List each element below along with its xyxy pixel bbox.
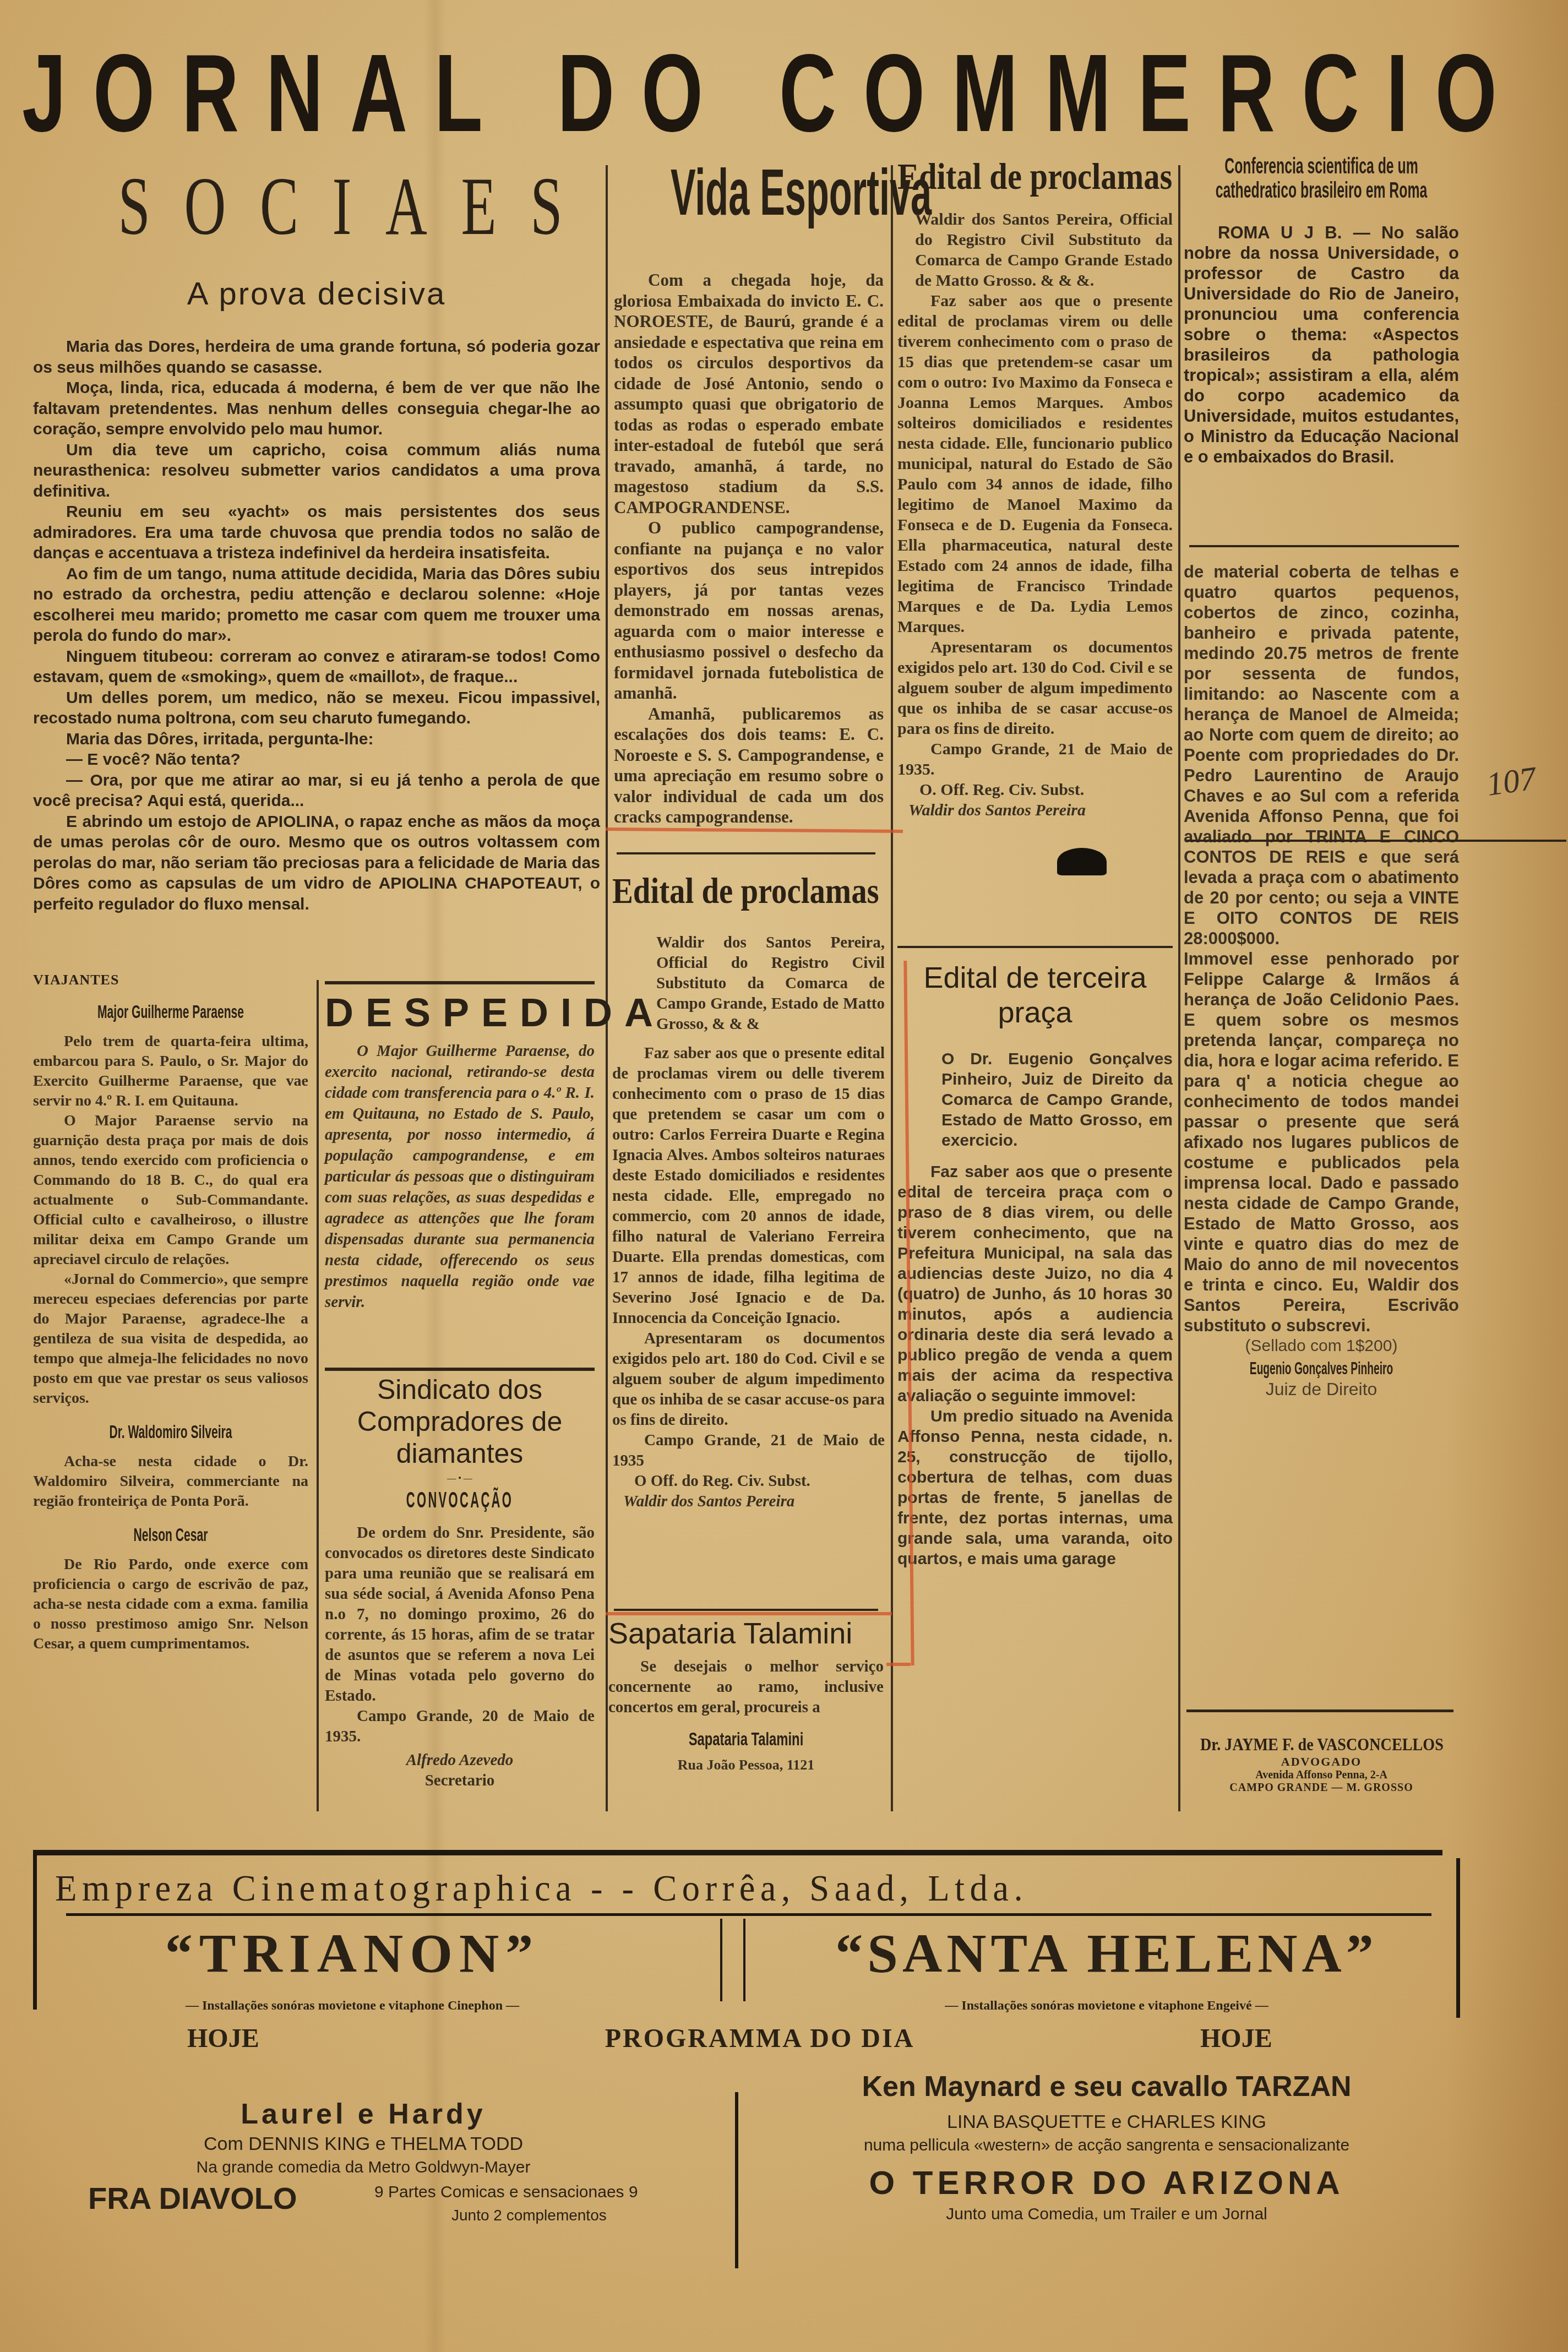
- vida-esportiva-section: Vida Esportiva Com a chegada hoje, da gl…: [614, 154, 884, 827]
- vida-esportiva-title: Vida Esportiva: [671, 154, 827, 231]
- edital-praca-body: Faz saber aos que o presente edital de t…: [897, 1162, 1173, 1569]
- handwritten-page-number: 107: [1484, 759, 1539, 804]
- paper-edge-stain: [1447, 0, 1568, 2352]
- article-paragraph: Moça, linda, rica, educada á moderna, é …: [33, 378, 600, 440]
- traveler-name: Dr. Waldomiro Silveira: [85, 1422, 256, 1443]
- convocacao-heading: CONVOCAÇÃO: [385, 1488, 534, 1513]
- sindicato-title: Sindicato dos Compradores de diamantes: [325, 1374, 595, 1469]
- traveler-paragraph: «Jornal do Commercio», que sempre merece…: [33, 1270, 308, 1408]
- edital-1-intro: Waldir dos Santos Pereira, Official do R…: [915, 209, 1173, 291]
- santa-helena-title: “SANTA HELENA”: [804, 1921, 1409, 1985]
- santa-helena-cast: LINA BASQUETTE e CHARLES KING: [804, 2111, 1409, 2133]
- despedida-text: O Major Guilherme Paraense, do exercito …: [325, 1041, 595, 1313]
- section-title-sociaes: SOCIAES: [118, 160, 515, 253]
- edital-1-office: O. Off. Reg. Civ. Subst.: [897, 780, 1173, 800]
- section-rule: [1189, 545, 1459, 547]
- article-paragraph: E abrindo um estojo de APIOLINA, o rapaz…: [33, 812, 600, 915]
- section-rule: [325, 981, 595, 984]
- cinema-advertisement: Empreza Cinematographica - - Corrêa, Saa…: [33, 1850, 1453, 2235]
- trianon-cast: Com DENNIS KING e THELMA TODD: [121, 2133, 606, 2155]
- santa-helena-film: O TERROR DO ARIZONA: [804, 2164, 1409, 2202]
- article-paragraph: Um delles porem, um medico, não se mexeu…: [33, 688, 600, 729]
- advogado-name: Dr. JAYME F. de VASCONCELLOS: [1200, 1734, 1442, 1755]
- ad-left-border: [33, 1850, 37, 2010]
- viajantes-items: Major Guilherme ParaensePelo trem de qua…: [33, 1001, 308, 1654]
- edital-proclamas-1: Edital de proclamas Waldir dos Santos Pe…: [897, 154, 1173, 820]
- edital-proclamas-2-title: Edital de proclamas: [612, 870, 847, 913]
- edital-2-signature: Waldir dos Santos Pereira: [612, 1491, 885, 1512]
- sapataria-name: Sapataria Talamini: [650, 1729, 842, 1750]
- headline-prova-decisiva: A prova decisiva: [33, 275, 600, 312]
- sealed-note: (Sellado com 1$200): [1184, 1336, 1459, 1356]
- sindicato-date: Campo Grande, 20 de Maio de 1935.: [325, 1706, 595, 1747]
- santa-helena-genre: numa pellicula «western» de acção sangre…: [776, 2136, 1437, 2155]
- conferencia-text: ROMA U J B. — No salão nobre da nossa Un…: [1184, 222, 1459, 467]
- edital-paragraph: Faz saber aos que o presente edital de p…: [612, 1043, 885, 1329]
- edital-praca-title-2: praça: [897, 995, 1173, 1030]
- trianon-film: FRA DIAVOLO: [88, 2180, 297, 2216]
- ad-top-border: [33, 1850, 1442, 1855]
- section-rule: [617, 852, 875, 854]
- article-paragraph: — Ora, por que me atirar ao mar, si eu j…: [33, 770, 600, 812]
- sapataria-address: Rua João Pessoa, 1121: [608, 1755, 884, 1775]
- column-rule: [317, 980, 319, 1811]
- santa-helena-equipment: — Installações sonóras movietone e vitap…: [831, 1999, 1382, 2013]
- ad-divider: [743, 1919, 745, 2001]
- edital-paragraph: Faz saber aos que o presente edital de p…: [897, 291, 1173, 637]
- edital-2-office: O Off. do Reg. Civ. Subst.: [612, 1471, 885, 1491]
- article-paragraph: Maria das Dôres, irritada, pergunta-lhe:: [33, 729, 600, 750]
- traveler-paragraph: De Rio Pardo, onde exerce com proficienc…: [33, 1555, 308, 1654]
- trianon-studio: Na grande comedia da Metro Goldwyn-Mayer: [121, 2158, 606, 2177]
- edital-proclamas-1-title: Edital de proclamas: [897, 154, 1134, 198]
- despedida-section: DESPEDIDA O Major Guilherme Paraense, do…: [325, 991, 595, 1313]
- advogado-city: CAMPO GRANDE — M. GROSSO: [1184, 1782, 1459, 1794]
- advogado-role: ADVOGADO: [1184, 1755, 1459, 1769]
- sapataria-ad: Sapataria Talamini Se desejais o melhor …: [608, 1616, 884, 1775]
- article-paragraph: Ninguem titubeou: correram ao convez e a…: [33, 646, 600, 688]
- article-paragraph: Reuniu em seu «yacht» os mais persistent…: [33, 502, 600, 564]
- red-crayon-mark: [606, 827, 903, 833]
- despedida-title: DESPEDIDA: [325, 991, 595, 1035]
- edital-paragraph: Um predio situado na Avenida Affonso Pen…: [897, 1406, 1173, 1569]
- edital-paragraph: Faz saber aos que o presente edital de t…: [897, 1162, 1173, 1406]
- sindicato-signature: Alfredo Azevedo: [325, 1750, 595, 1771]
- traveler-name: Major Guilherme Paraense: [85, 1001, 256, 1023]
- section-rule: [614, 1609, 878, 1611]
- traveler-name: Nelson Cesar: [85, 1525, 256, 1546]
- sindicato-text: De ordem do Snr. Presidente, são convoca…: [325, 1523, 595, 1706]
- red-crayon-mark: [886, 1663, 911, 1666]
- cinema-company: Empreza Cinematographica - - Corrêa, Saa…: [55, 1866, 1363, 1910]
- judge-name: Eugenio Gonçalves Pinheiro: [1239, 1358, 1404, 1379]
- article-paragraph: Um dia teve um capricho, coisa commum al…: [33, 440, 600, 502]
- edital-paragraph: Apresentaram os documentos exigidos pelo…: [897, 637, 1173, 739]
- edital-1-body: Faz saber aos que o presente edital de p…: [897, 291, 1173, 739]
- trianon-parts: 9 Partes Comicas e sensacionaes 9: [374, 2183, 638, 2202]
- ad-rule: [66, 1913, 1431, 1916]
- fold-rule: [1186, 840, 1566, 842]
- ornament-divider: — • —: [325, 1474, 595, 1484]
- edital-2-body: Faz saber aos que o presente edital de p…: [612, 1043, 885, 1430]
- viajantes-section: VIAJANTES Major Guilherme ParaensePelo t…: [33, 972, 308, 1654]
- judge-role: Juiz de Direito: [1184, 1379, 1459, 1400]
- red-crayon-mark: [606, 1612, 892, 1615]
- edital-paragraph: de material coberta de telhas e quatro q…: [1184, 562, 1459, 949]
- esportiva-paragraph: O publico campograndense, confiante na p…: [614, 518, 884, 704]
- advogado-address: Avenida Affonso Penna, 2-A: [1184, 1769, 1459, 1782]
- esportiva-paragraph: Com a chegada hoje, da gloriosa Embaixad…: [614, 270, 884, 518]
- column-rule: [606, 165, 608, 1811]
- column-rule: [891, 165, 893, 1811]
- esportiva-paragraph: Amanhã, publicaremos as escalações dos d…: [614, 704, 884, 827]
- programma-do-dia: PROGRAMMA DO DIA: [540, 2023, 980, 2054]
- sociaes-section: SOCIAES A prova decisiva Maria das Dores…: [33, 154, 600, 914]
- edital-terceira-praca: Edital de terceira praça O Dr. Eugenio G…: [897, 961, 1173, 1569]
- article-body: Maria das Dores, herdeira de uma grande …: [33, 336, 600, 914]
- edital-2-intro: Waldir dos Santos Pereira, Official do R…: [656, 933, 885, 1035]
- santa-helena-hoje: HOJE: [1200, 2023, 1272, 2054]
- edital-proclamas-2: Edital de proclamas Waldir dos Santos Pe…: [612, 870, 885, 1512]
- ad-right-border: [1456, 1858, 1460, 2018]
- section-label-viajantes: VIAJANTES: [33, 972, 308, 988]
- sapataria-text: Se desejais o melhor serviço concernente…: [608, 1657, 884, 1718]
- santa-helena-extras: Junto uma Comedia, um Trailer e um Jorna…: [804, 2205, 1409, 2224]
- trianon-title: “TRIANON”: [160, 1921, 545, 1985]
- edital-praca-continuation: de material coberta de telhas e quatro q…: [1184, 562, 1459, 1400]
- traveler-paragraph: Pelo trem de quarta-feira ultima, embarc…: [33, 1032, 308, 1111]
- ad-divider: [720, 1919, 722, 2001]
- edital-praca-title-1: Edital de terceira: [897, 961, 1173, 995]
- edital-2-date: Campo Grande, 21 de Maio de 1935: [612, 1430, 885, 1471]
- advogado-card: Dr. JAYME F. de VASCONCELLOS ADVOGADO Av…: [1184, 1734, 1459, 1794]
- section-rule: [897, 946, 1173, 948]
- edital-paragraph: Apresentaram os documentos exigidos pelo…: [612, 1329, 885, 1430]
- traveler-paragraph: O Major Paraense servio na guarnição des…: [33, 1111, 308, 1270]
- section-rule: [325, 1368, 595, 1371]
- edital-1-signature: Waldir dos Santos Pereira: [897, 800, 1173, 820]
- ink-blot: [1057, 848, 1107, 875]
- traveler-paragraph: Acha-se nesta cidade o Dr. Waldomiro Sil…: [33, 1452, 308, 1511]
- edital-1-date: Campo Grande, 21 de Maio de 1935.: [897, 739, 1173, 780]
- trianon-hoje: HOJE: [187, 2023, 259, 2054]
- article-paragraph: Maria das Dores, herdeira de uma grande …: [33, 336, 600, 378]
- sindicato-role: Secretario: [325, 1771, 595, 1791]
- trianon-extras: Junto 2 complementos: [451, 2207, 607, 2224]
- article-paragraph: Ao fim de um tango, numa attitude decidi…: [33, 564, 600, 646]
- santa-helena-star: Ken Maynard e seu cavallo TARZAN: [804, 2070, 1409, 2103]
- edital-praca-intro: O Dr. Eugenio Gonçalves Pinheiro, Juiz d…: [941, 1049, 1173, 1151]
- ad-divider: [735, 2092, 738, 2268]
- masthead-title: JORNAL DO COMMERCIO: [22, 39, 1065, 149]
- trianon-stars: Laurel e Hardy: [143, 2098, 584, 2131]
- conferencia-section: Conferencia scientifica de um cathedrati…: [1184, 154, 1459, 467]
- edital-paragraph: Immovel esse penhorado por Felippe Calar…: [1184, 949, 1459, 1336]
- edital-praca-cont-body: de material coberta de telhas e quatro q…: [1184, 562, 1459, 1336]
- trianon-equipment: — Installações sonóras movietone e vitap…: [132, 1999, 573, 2013]
- vida-esportiva-body: Com a chegada hoje, da gloriosa Embaixad…: [614, 270, 884, 827]
- conferencia-title: Conferencia scientifica de um cathedrati…: [1185, 154, 1458, 203]
- sindicato-section: Sindicato dos Compradores de diamantes —…: [325, 1374, 595, 1791]
- article-paragraph: — E você? Não tenta?: [33, 749, 600, 770]
- column-rule: [1178, 165, 1180, 1811]
- section-rule: [1186, 1709, 1453, 1712]
- sapataria-title: Sapataria Talamini: [608, 1616, 884, 1651]
